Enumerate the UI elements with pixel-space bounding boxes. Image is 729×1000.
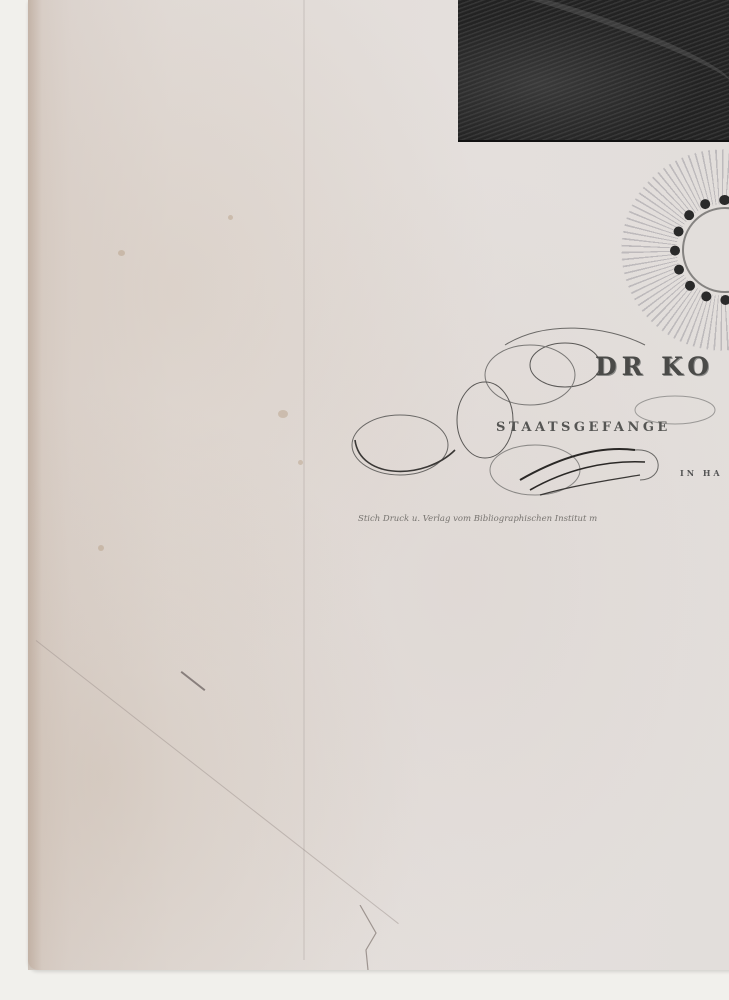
foxing-spot [298, 460, 303, 465]
publisher-imprint: Stich Druck u. Verlag vom Bibliographisc… [358, 514, 597, 524]
paper-scratch-mark [181, 671, 206, 691]
paper-tear [358, 905, 388, 970]
title-place: IN HA [680, 468, 723, 478]
foxing-spot [278, 410, 288, 418]
foxing-spot [118, 250, 125, 256]
sheet-edge-stain [28, 0, 42, 970]
paper-fold-crease [36, 640, 399, 924]
foxing-spot [228, 215, 233, 220]
portrait-engraving-drapery [458, 0, 729, 142]
title-name: DR KO [595, 352, 714, 381]
title-subtitle: STAATSGEFANGE [496, 420, 671, 435]
foxing-spot [98, 545, 104, 551]
plate-mark-line [303, 0, 305, 960]
drapery-fold [480, 0, 729, 99]
calligraphic-flourish [345, 320, 729, 510]
